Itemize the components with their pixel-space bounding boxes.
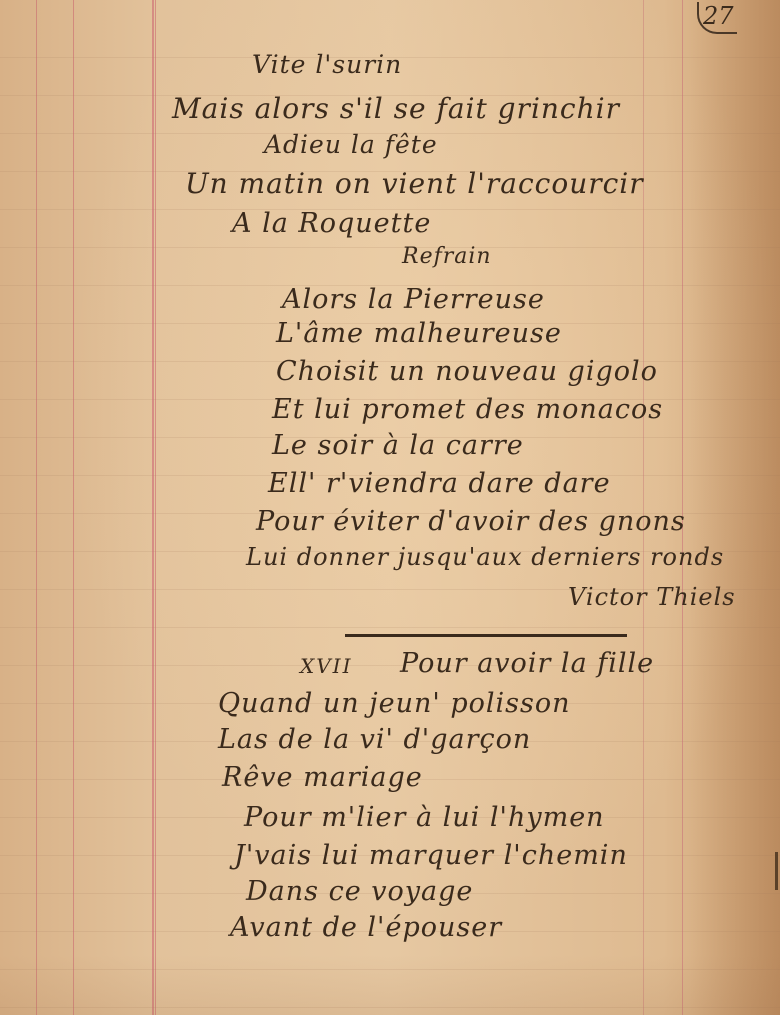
verse-line: Mais alors s'il se fait grinchir bbox=[172, 95, 620, 123]
verse-line: Dans ce voyage bbox=[246, 878, 473, 905]
margin-line bbox=[36, 0, 37, 1015]
verse-line: Avant de l'épouser bbox=[230, 914, 502, 941]
verse-line: Rêve mariage bbox=[222, 764, 423, 791]
verse-line: Adieu la fête bbox=[264, 132, 438, 157]
song-title: Pour avoir la fille bbox=[400, 650, 654, 677]
verse-line: Un matin on vient l'raccourcir bbox=[185, 170, 644, 198]
section-divider bbox=[345, 634, 627, 637]
margin-line bbox=[73, 0, 74, 1015]
verse-line: Pour m'lier à lui l'hymen bbox=[244, 804, 605, 831]
paper-edge-shade bbox=[690, 0, 780, 1015]
refrain-label: Refrain bbox=[402, 246, 492, 268]
refrain-line: Et lui promet des monacos bbox=[272, 396, 663, 423]
signature: Victor Thiels bbox=[568, 585, 736, 609]
refrain-line: Lui donner jusqu'aux derniers ronds bbox=[246, 545, 724, 569]
manuscript-page: 27 Vite l'surin Mais alors s'il se fait … bbox=[0, 0, 780, 1015]
refrain-line: Pour éviter d'avoir des gnons bbox=[256, 508, 686, 535]
margin-line bbox=[155, 0, 156, 1015]
song-number: XVII bbox=[300, 656, 352, 676]
margin-line bbox=[152, 0, 154, 1015]
verse-line: Vite l'surin bbox=[252, 52, 402, 77]
refrain-line: Le soir à la carre bbox=[272, 432, 524, 459]
refrain-line: L'âme malheureuse bbox=[276, 320, 562, 347]
page-number: 27 bbox=[697, 2, 737, 34]
refrain-line: Choisit un nouveau gigolo bbox=[276, 358, 658, 385]
verse-line: A la Roquette bbox=[232, 210, 431, 237]
verse-line: Quand un jeun' polisson bbox=[218, 690, 571, 717]
paper-bottom-shade bbox=[0, 955, 780, 1015]
verse-line: J'vais lui marquer l'chemin bbox=[234, 842, 628, 869]
margin-ink-mark bbox=[775, 852, 778, 890]
refrain-line: Ell' r'viendra dare dare bbox=[268, 470, 611, 497]
refrain-line: Alors la Pierreuse bbox=[282, 286, 545, 313]
verse-line: Las de la vi' d'garçon bbox=[218, 726, 531, 753]
